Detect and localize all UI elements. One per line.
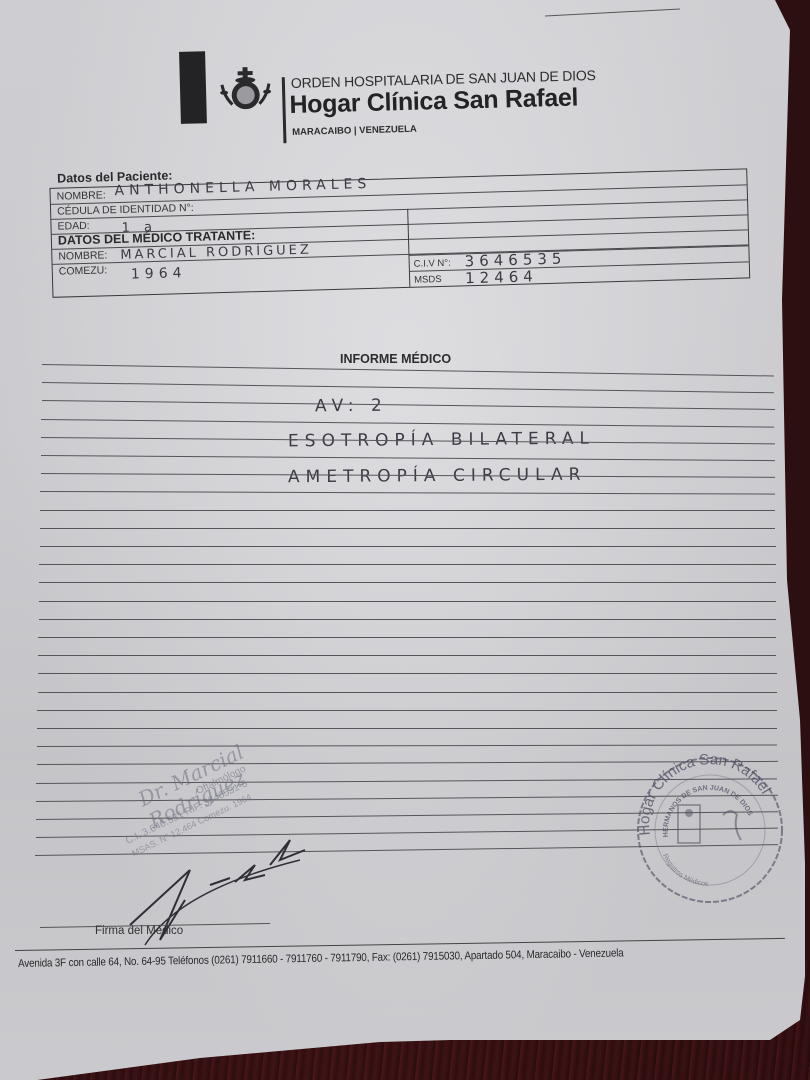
ruled-line [37,728,777,729]
pomegranate-cross-icon [215,65,276,115]
form-box: NOMBRE: ANTHONELLA MORALES CÉDULA DE IDE… [49,168,750,297]
msds-value: 12464 [465,267,538,287]
ruled-line [39,564,775,565]
ruled-line [40,491,775,495]
msds-label: MSDS [414,274,442,286]
medical-report-paper: ORDEN HOSPITALARIA DE SAN JUAN DE DIOS H… [0,0,805,1080]
ruled-line [38,692,777,693]
svg-text:HERMANOS DE SAN JUAN DE DIOS: HERMANOS DE SAN JUAN DE DIOS [663,785,754,838]
ruled-line [42,382,774,393]
ruled-line [40,510,775,511]
letterhead: ORDEN HOSPITALARIA DE SAN JUAN DE DIOS H… [175,38,638,155]
clinic-name: Hogar Clínica San Rafael [289,83,578,120]
ruled-line [38,637,776,638]
ruled-line [41,400,774,410]
patient-doctor-form: Datos del Paciente: NOMBRE: ANTHONELLA M… [45,152,759,322]
doctor-name-label: NOMBRE: [58,249,107,262]
letterhead-bar [179,51,207,124]
svg-text:Hogar Clínica San Rafael: Hogar Clínica San Rafael [636,751,774,836]
comezu-value: 1964 [131,265,187,283]
clinic-location: MARACAIBO | VENEZUELA [292,124,417,138]
ruled-line [42,364,774,376]
ruled-line [39,601,776,602]
report-line-1: AV: 2 [315,396,388,417]
letterhead-divider [282,77,287,143]
clinic-address: Avenida 3F con calle 64, No. 64-95 Teléf… [18,946,687,970]
seal-inner-text: HERMANOS DE SAN JUAN DE DIOS [663,785,754,838]
top-rule [545,8,680,16]
ruled-line [39,619,777,620]
seal-bottom-text: Registros Médicos [661,853,709,888]
signature-label: Firma del Médico [95,925,183,937]
svg-text:Registros Médicos: Registros Médicos [661,853,709,888]
ruled-line [40,546,776,547]
ruled-line [40,528,776,529]
patient-name-label: NOMBRE: [57,189,106,202]
ruled-line [37,710,777,711]
ruled-line [38,673,777,674]
seal-outer-text: Hogar Clínica San Rafael [636,751,774,836]
ruled-line [39,582,776,583]
ruled-line [41,419,774,428]
clinic-seal: Hogar Clínica San Rafael HERMANOS DE SAN… [628,745,788,910]
patient-age-label: EDAD: [57,220,89,233]
comezu-label: COMEZU: [59,264,108,277]
ruled-line [41,455,775,461]
civ-label: C.I.V N°: [414,258,451,270]
ruled-line [38,655,776,656]
